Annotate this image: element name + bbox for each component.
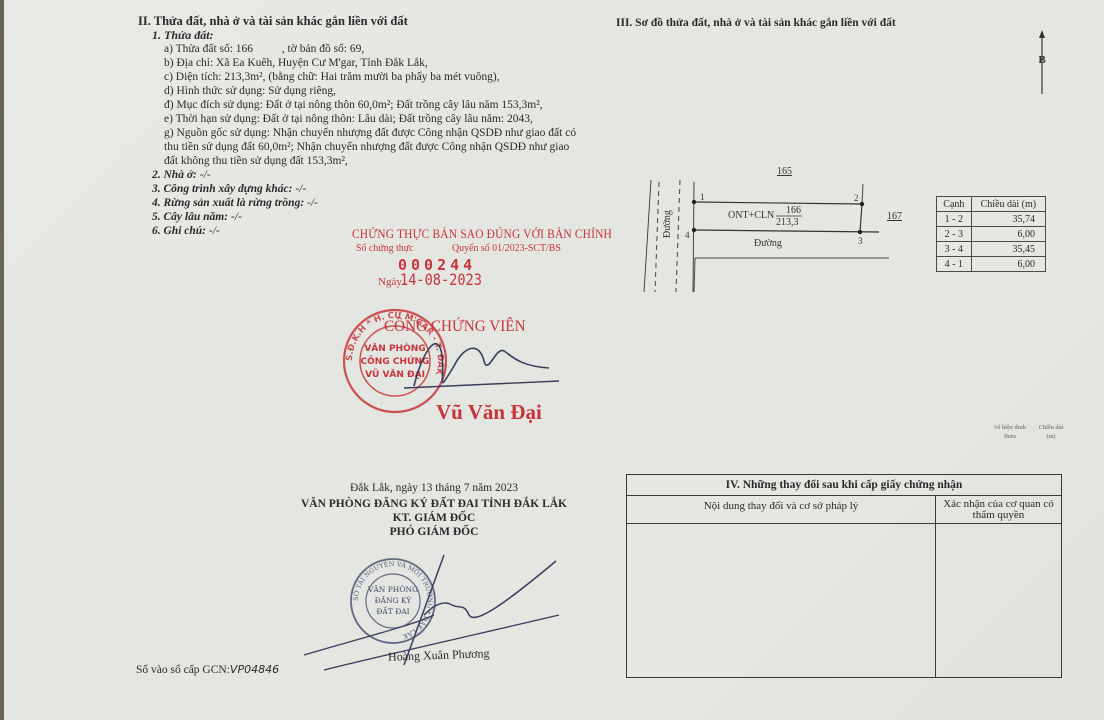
svg-text:ONT+CLN: ONT+CLN <box>728 210 774 221</box>
origin-line-2: thu tiền sử dụng đất 60,0m²; Nhận chuyển… <box>164 140 576 154</box>
svg-text:165: 165 <box>777 166 792 177</box>
item-perennial-trees: 5. Cây lâu năm: -/- <box>152 210 318 224</box>
certification-date-label: Ngày <box>378 276 402 288</box>
svg-text:1: 1 <box>700 192 705 202</box>
edge-label: 2 - 3 <box>937 227 972 242</box>
col-authority-confirmation: Xác nhận của cơ quan có thẩm quyền <box>936 496 1061 523</box>
certificate-page: II. Thửa đất, nhà ở và tài sản khác gắn … <box>4 0 1104 720</box>
usage-purpose-line: đ) Mục đích sử dụng: Đất ở tại nông thôn… <box>164 98 576 112</box>
other-items: 2. Nhà ở: -/- 3. Công trình xây dựng khá… <box>152 168 318 238</box>
table-row: 4 - 16,00 <box>937 257 1046 272</box>
origin-line-1: g) Nguồn gốc sử dụng: Nhận chuyển nhượng… <box>164 126 576 140</box>
issuing-office: VĂN PHÒNG ĐĂNG KÝ ĐẤT ĐAI TỈNH ĐẮK LẮK <box>284 498 584 510</box>
item-other-construction: 3. Công trình xây dựng khác: -/- <box>152 182 318 196</box>
edge-length: 35,74 <box>971 212 1045 227</box>
col-length: Chiều dài (m) <box>971 197 1045 212</box>
certification-date: 14-08-2023 <box>400 270 482 289</box>
item-notes: 6. Ghi chú: -/- <box>152 224 318 238</box>
address-line: b) Địa chỉ: Xã Ea Kuêh, Huyện Cư M'gar, … <box>164 56 576 70</box>
certification-stamp-title: CHỨNG THỰC BẢN SAO ĐÚNG VỚI BẢN CHÍNH <box>352 226 612 242</box>
land-heading: 1. Thửa đất: <box>152 28 214 43</box>
parcel-diagram: 1 2 3 4 165 167 ONT+CLN 166 213,3 Đường … <box>634 160 914 300</box>
certification-book-number: Quyển số 01/2023-SCT/BS <box>452 242 561 254</box>
table-row: 2 - 36,00 <box>937 227 1046 242</box>
notary-signature <box>384 326 564 406</box>
faint-header-length: Chiều dài (m) <box>1034 424 1068 442</box>
svg-text:166: 166 <box>786 205 801 216</box>
svg-text:4: 4 <box>685 230 690 240</box>
faint-header-vertex: Số hiệu đỉnh thửa <box>990 424 1030 442</box>
changes-table: IV. Những thay đổi sau khi cấp giấy chứn… <box>626 474 1062 678</box>
edge-label: 1 - 2 <box>937 212 972 227</box>
edge-length: 6,00 <box>971 227 1045 242</box>
edge-length-table: Cạnh Chiều dài (m) 1 - 235,742 - 36,003 … <box>936 196 1046 272</box>
section-iv-title: IV. Những thay đổi sau khi cấp giấy chứn… <box>627 475 1061 496</box>
section-iii-title: III. Sơ đồ thửa đất, nhà ở và tài sản kh… <box>616 17 896 29</box>
section-ii-title: II. Thửa đất, nhà ở và tài sản khác gắn … <box>138 14 408 29</box>
col-change-content: Nội dung thay đổi và cơ sở pháp lý <box>627 496 936 523</box>
authority-confirmation-cell <box>936 524 1061 677</box>
svg-text:3: 3 <box>858 236 863 246</box>
register-number: Số vào sổ cấp GCN:VP04846 <box>136 663 279 676</box>
edge-length: 35,45 <box>971 242 1045 257</box>
land-details: a) Thửa đất số: 166 , tờ bản đồ số: 69, … <box>164 42 576 168</box>
north-arrow-icon: B <box>1034 30 1058 96</box>
register-number-value: VP04846 <box>230 663 279 676</box>
svg-text:Đường: Đường <box>662 210 673 238</box>
usage-form-line: d) Hình thức sử dụng: Sử dụng riêng, <box>164 84 576 98</box>
svg-text:Đường: Đường <box>754 238 782 249</box>
col-edge: Cạnh <box>937 197 972 212</box>
edge-label: 4 - 1 <box>937 257 972 272</box>
notary-name: Vũ Văn Đại <box>436 400 542 425</box>
table-row: 3 - 435,45 <box>937 242 1046 257</box>
usage-term-line: e) Thời hạn sử dụng: Đất ở tại nông thôn… <box>164 112 576 126</box>
edge-label: 3 - 4 <box>937 242 972 257</box>
table-row: 1 - 235,74 <box>937 212 1046 227</box>
svg-text:2: 2 <box>854 193 859 203</box>
signing-deputy: PHÓ GIÁM ĐỐC <box>284 526 584 538</box>
svg-text:213,3: 213,3 <box>776 217 799 228</box>
svg-text:167: 167 <box>887 211 902 222</box>
item-planted-forest: 4. Rừng sản xuất là rừng trồng: -/- <box>152 196 318 210</box>
edge-length: 6,00 <box>971 257 1045 272</box>
origin-line-3: đất không thu tiền sử dụng đất 153,3m², <box>164 154 576 168</box>
register-number-label: Số vào sổ cấp GCN: <box>136 664 230 676</box>
place-date: Đắk Lắk, ngày 13 tháng 7 năm 2023 <box>284 482 584 494</box>
change-content-cell <box>627 524 936 677</box>
parcel-number-line: a) Thửa đất số: 166 , tờ bản đồ số: 69, <box>164 42 576 56</box>
area-line: c) Diện tích: 213,3m², (bằng chữ: Hai tr… <box>164 70 576 84</box>
item-house: 2. Nhà ở: -/- <box>152 168 318 182</box>
svg-text:B: B <box>1038 54 1046 66</box>
signing-kt: KT. GIÁM ĐỐC <box>284 512 584 524</box>
certification-number-label: Số chứng thực <box>356 242 413 254</box>
